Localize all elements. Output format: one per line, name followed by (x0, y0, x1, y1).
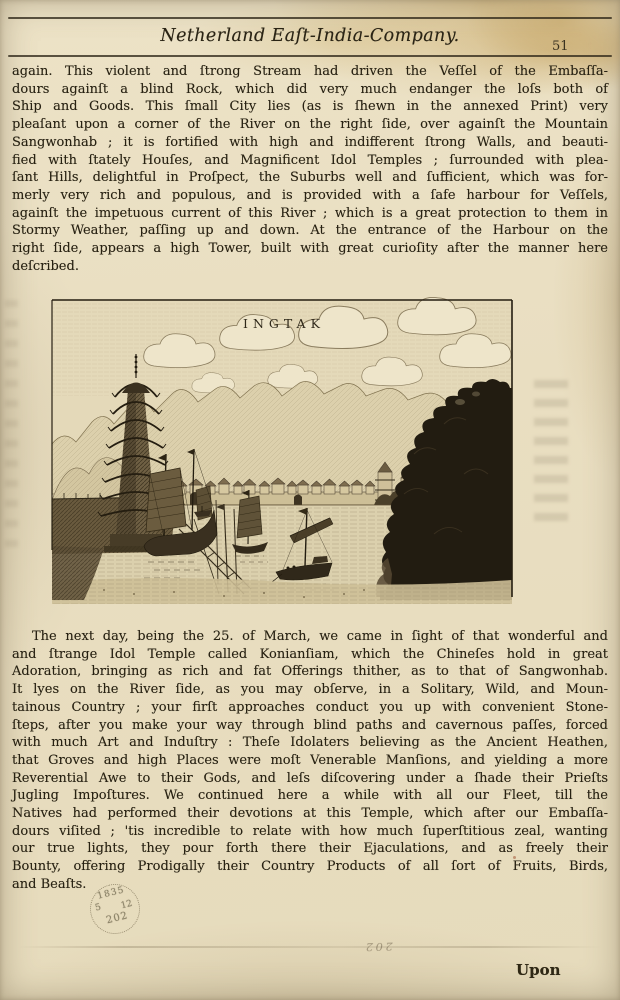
paper-crease (18, 946, 602, 948)
text-line: Sangwonhab ; it is fortified with high a… (12, 134, 608, 152)
catchword: Upon (516, 961, 560, 979)
text-line: our true lights, they pour forth there t… (12, 840, 608, 858)
engraving-plate: INGTAK (44, 294, 524, 612)
text-line: ſteps, after you make your way through b… (12, 717, 608, 735)
text-line: The next day, being the 25. of March, we… (12, 628, 608, 646)
running-title: Netherland Eaſt-India-Company. (0, 26, 620, 46)
text-line: dours againſt a blind Rock, which did ve… (12, 81, 608, 99)
text-line: Reverential Awe to their Gods, and leſs … (12, 770, 608, 788)
text-line: right ſide, appears a high Tower, built … (12, 240, 608, 258)
text-line: that Groves and high Places were moſt Ve… (12, 752, 608, 770)
text-line: and ſtrange Idol Temple called Konianſia… (12, 646, 608, 664)
text-line: fied with ſtately Houſes, and Magnificen… (12, 152, 608, 170)
paragraph-2: The next day, being the 25. of March, we… (12, 628, 608, 894)
verso-showthrough-right (534, 380, 568, 526)
text-line: Stormy Weather, paſſing up and down. At … (12, 222, 608, 240)
engraving-ingtak: INGTAK (44, 294, 524, 612)
verso-showthrough-left (5, 300, 18, 550)
page-number: 51 (552, 39, 569, 54)
text-line: Ship and Goods. This ſmall City lies (as… (12, 98, 608, 116)
header-rule-bottom (8, 55, 612, 57)
pencil-note: 202 (356, 939, 400, 954)
text-line: Natives had performed their devotions at… (12, 805, 608, 823)
ink-speck (513, 856, 516, 859)
text-line: Bounty, offering Prodigally their Countr… (12, 858, 608, 876)
text-line: tainous Country ; your firſt approaches … (12, 699, 608, 717)
text-line: dours viſited ; 'tis incredible to relat… (12, 823, 608, 841)
text-line: againſt the impetuous current of this Ri… (12, 205, 608, 223)
text-line: deſcribed. (12, 258, 608, 276)
text-line: Adoration, bringing as rich and fat Offe… (12, 663, 608, 681)
text-line: again. This violent and ſtrong Stream ha… (12, 63, 608, 81)
text-line: with much Art and Induſtry : Theſe Idola… (12, 734, 608, 752)
text-line: It lyes on the River ſide, as you may ob… (12, 681, 608, 699)
text-line: Jugling Impoſtures. We continued here a … (12, 787, 608, 805)
text-line: pleaſant upon a corner of the River on t… (12, 116, 608, 134)
stamp-left-number: 5 (94, 903, 102, 914)
book-page: Netherland Eaſt-India-Company. 51 again.… (0, 0, 620, 1000)
text-line: ſant Hills, delightful in Proſpect, the … (12, 169, 608, 187)
paragraph-1: again. This violent and ſtrong Stream ha… (12, 63, 608, 275)
engraving-title: INGTAK (243, 316, 325, 331)
header-rule-top (8, 17, 612, 19)
text-line: merly very rich and populous, and is pro… (12, 187, 608, 205)
